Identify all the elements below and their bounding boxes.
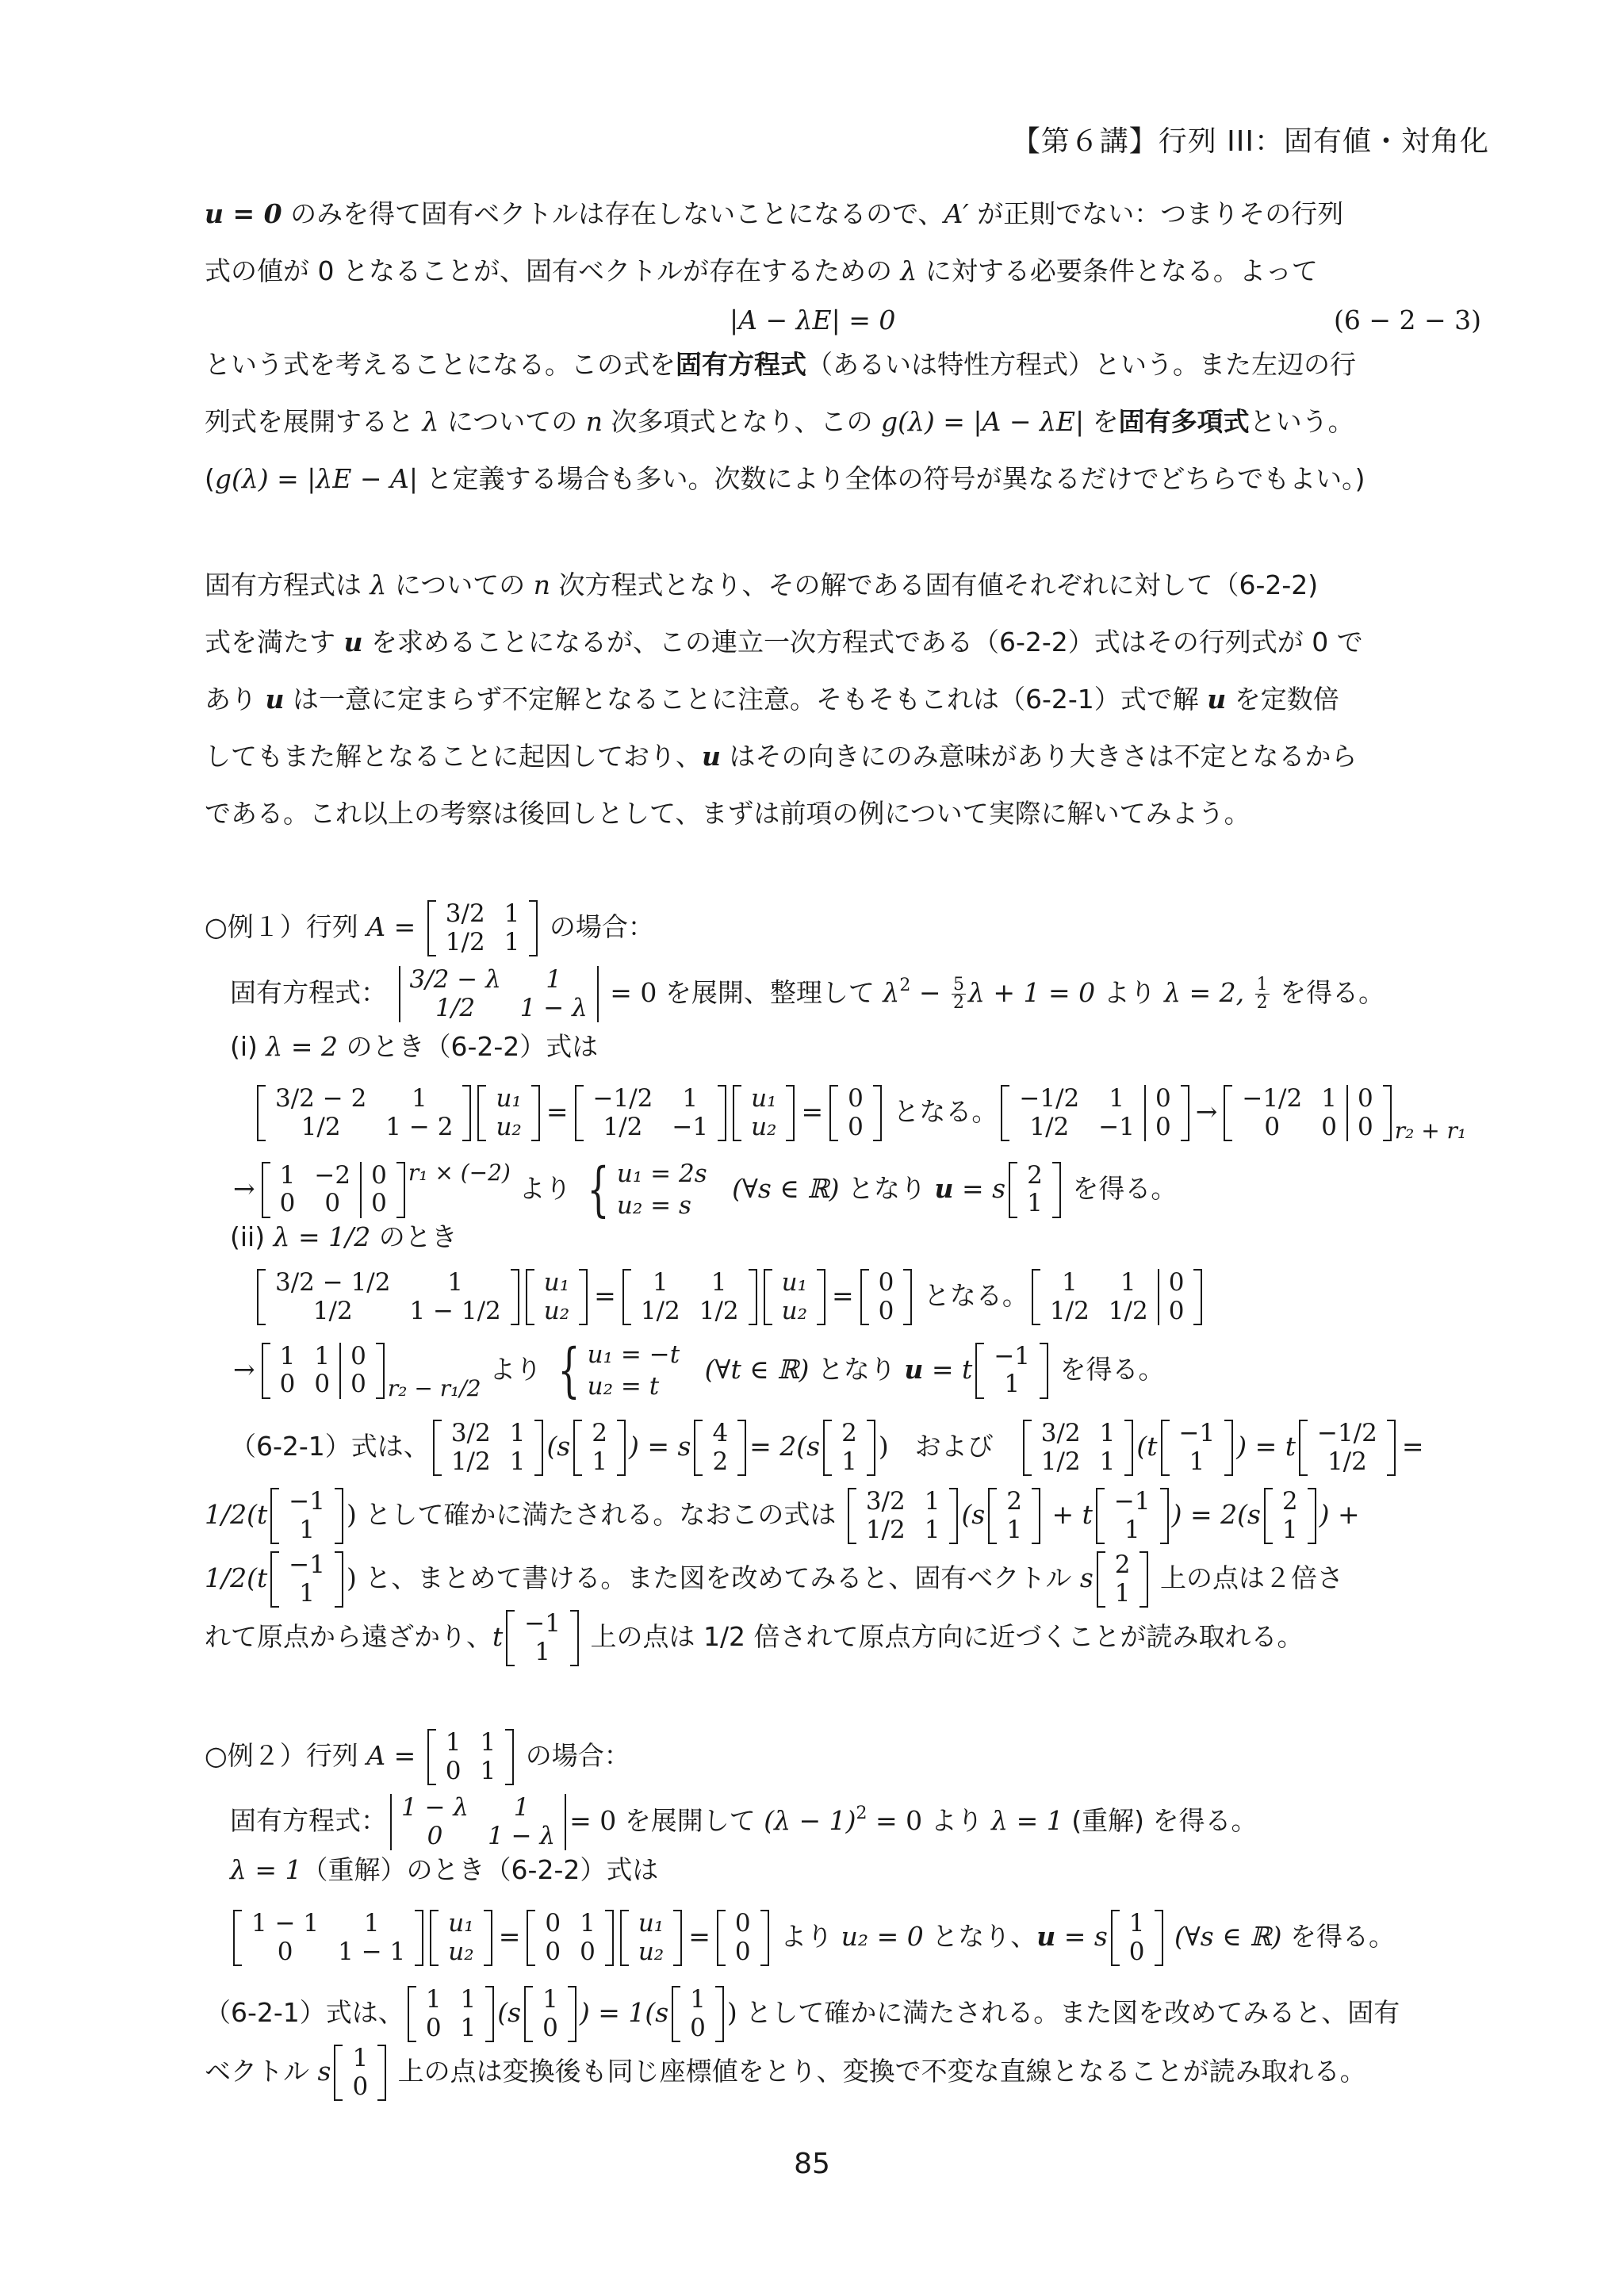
para1-line4: 列式を展開すると λ についての n 次多項式となり、この g(λ) = |A … bbox=[205, 406, 1354, 438]
matrix-A: 3/211/21 bbox=[427, 900, 538, 956]
para1-line1: u = 0 のみを得て固有ベクトルは存在しないことになるので、A′ が正則でない… bbox=[205, 198, 1343, 230]
matrix-A2: 1101 bbox=[427, 1729, 514, 1785]
ex1-case1-label: (i) λ = 2 のとき（6-2-2）式は bbox=[230, 1031, 598, 1063]
determinant: 3/2 − λ11/21 − λ bbox=[399, 966, 599, 1022]
ex1-verify-line1: （6-2-1）式は、3/211/21(s21) = s42= 2(s21) およ… bbox=[230, 1420, 1427, 1476]
para2-line1: 固有方程式は λ についての n 次方程式となり、その解である固有値それぞれに対… bbox=[205, 569, 1318, 601]
equation-number: (6 − 2 − 3) bbox=[1334, 305, 1481, 335]
para1-line3: という式を考えることになる。この式を固有方程式（あるいは特性方程式）という。また… bbox=[205, 349, 1356, 381]
ex1-case2-label: (ii) λ = 1/2 のとき bbox=[230, 1221, 458, 1253]
ex1-title: ○例１）行列 A = 3/211/21 の場合： bbox=[205, 900, 654, 956]
term-characteristic-polynomial: 固有多項式 bbox=[1119, 406, 1250, 437]
document-page: 【第６講】行列 III：固有値・対角化 u = 0 のみを得て固有ベクトルは存在… bbox=[0, 0, 1624, 2296]
para1-line5: (g(λ) = |λE − A| と定義する場合も多い。次数により全体の符号が異… bbox=[205, 463, 1365, 495]
ex1-case2-result: →110000r₂ − r₁/2 より {u₁ = −tu₂ = t (∀t ∈… bbox=[230, 1339, 1165, 1403]
term-characteristic-equation: 固有方程式 bbox=[676, 349, 806, 380]
ex2-verify-line2: ベクトル s10 上の点は変換後も同じ座標値をとり、変換で不変な直線となることが… bbox=[205, 2045, 1366, 2101]
para2-line5: である。これ以上の考察は後回しとして、まずは前項の例について実際に解いてみよう。 bbox=[205, 798, 1251, 830]
para2-line4: してもまた解となることに起因しており、u はその向きにのみ意味があり大きさは不定… bbox=[205, 741, 1358, 772]
para2-line3: あり u は一意に定まらず不定解となることに注意。そもそもこれは（6-2-1）式… bbox=[205, 684, 1339, 715]
ex2-title: ○例２）行列 A = 1101 の場合： bbox=[205, 1729, 630, 1785]
ex2-verify-line1: （6-2-1）式は、1101(s10) = 1(s10) として確かに満たされる… bbox=[205, 1986, 1400, 2042]
ex1-verify-line3: 1/2(t−11) と、まとめて書ける。また図を改めてみると、固有ベクトル s2… bbox=[205, 1551, 1343, 1608]
ex2-case-label: λ = 1（重解）のとき（6-2-2）式は bbox=[230, 1854, 658, 1886]
ex1-char-eq: 固有方程式： 3/2 − λ11/21 − λ = 0 を展開、整理して λ2 … bbox=[230, 966, 1385, 1022]
page-number: 85 bbox=[0, 2148, 1624, 2180]
ex2-case-eq: 1 − 1101 − 1u₁u₂=0100u₁u₂=00 より u₂ = 0 と… bbox=[230, 1910, 1395, 1966]
equation-6-2-3: |A − λE| = 0 bbox=[730, 305, 895, 335]
ex1-case1-result: →1−20000r₁ × (−2) より {u₁ = 2su₂ = s (∀s … bbox=[230, 1158, 1177, 1222]
ex1-verify-line4: れて原点から遠ざかり、t−11 上の点は 1/2 倍されて原点方向に近づくことが… bbox=[205, 1610, 1304, 1666]
ex1-case2-eq: 3/2 − 1/211/21 − 1/2u₁u₂=111/21/2u₁u₂=00… bbox=[254, 1269, 1205, 1325]
ex1-verify-line2: 1/2(t−11) として確かに満たされる。なおこの式は 3/211/21(s2… bbox=[205, 1488, 1360, 1544]
ex2-char-eq: 固有方程式：1 − λ101 − λ= 0 を展開して (λ − 1)2 = 0… bbox=[230, 1794, 1257, 1850]
ex1-case1-eq: 3/2 − 211/21 − 2u₁u₂=−1/211/2−1u₁u₂=00 と… bbox=[254, 1085, 1466, 1144]
para1-line2: 式の値が 0 となることが、固有ベクトルが存在するための λ に対する必要条件と… bbox=[205, 255, 1318, 287]
para2-line2: 式を満たす u を求めることになるが、この連立一次方程式である（6-2-2）式は… bbox=[205, 627, 1363, 658]
page-header: 【第６講】行列 III：固有値・対角化 bbox=[1012, 119, 1489, 159]
